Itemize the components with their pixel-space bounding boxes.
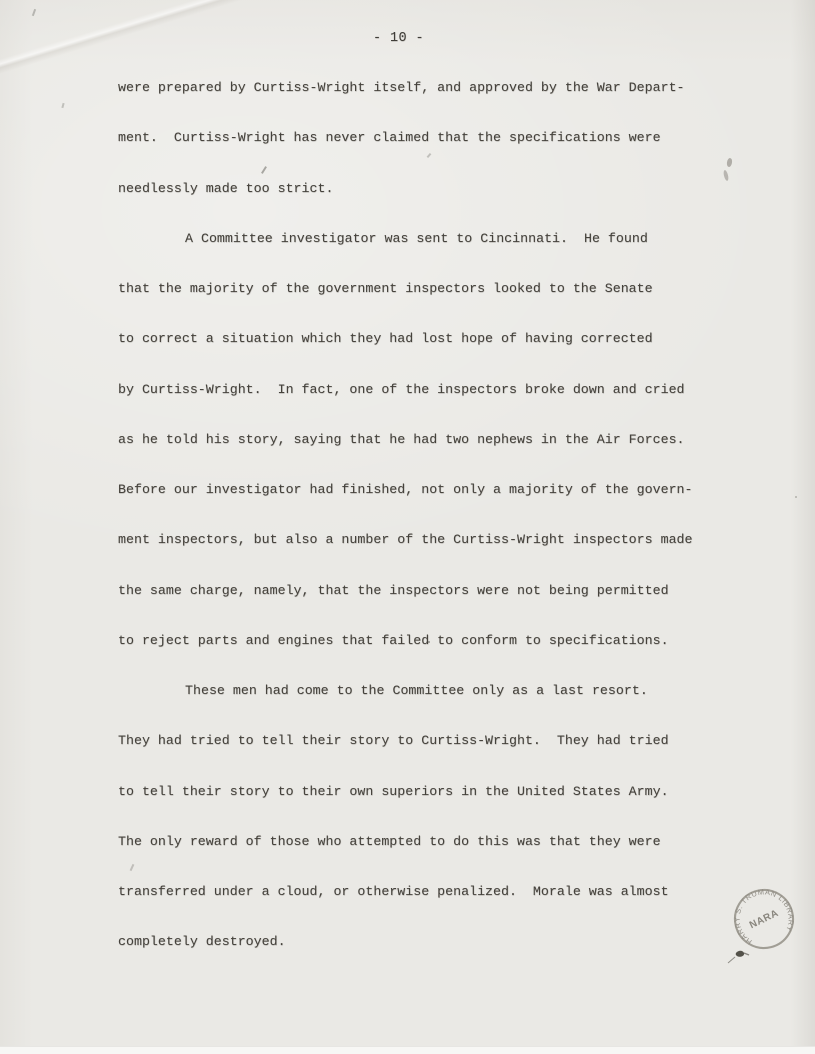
typed-line: ment inspectors, but also a number of th… — [118, 515, 693, 565]
typed-line: to correct a situation which they had lo… — [118, 314, 693, 364]
typed-line: the same charge, namely, that the inspec… — [118, 566, 693, 616]
typed-line: completely destroyed. — [118, 917, 693, 967]
paper-speck — [795, 496, 797, 498]
pen-mark — [726, 947, 754, 967]
ink-smudge — [726, 158, 732, 168]
typed-line: to reject parts and engines that failed … — [118, 616, 693, 666]
typed-line: These men had come to the Committee only… — [118, 666, 693, 716]
typed-lines: were prepared by Curtiss-Wright itself, … — [118, 63, 693, 968]
typed-line: The only reward of those who attempted t… — [118, 817, 693, 867]
page-number: - 10 - — [0, 31, 806, 46]
stamp-center-text: NARA — [748, 908, 781, 931]
typed-line: transferred under a cloud, or otherwise … — [118, 867, 693, 917]
document-page: - 10 - were prepared by Curtiss-Wright i… — [0, 0, 815, 1054]
typed-line: needlessly made too strict. — [118, 164, 693, 214]
typed-line: They had tried to tell their story to Cu… — [118, 716, 693, 766]
typed-line: were prepared by Curtiss-Wright itself, … — [118, 63, 693, 113]
ink-smudge — [723, 170, 730, 182]
typed-line: that the majority of the government insp… — [118, 264, 693, 314]
typed-line: Before our investigator had finished, no… — [118, 465, 693, 515]
typed-line: as he told his story, saying that he had… — [118, 415, 693, 465]
paper-speck — [61, 103, 64, 108]
typed-line: to tell their story to their own superio… — [118, 767, 693, 817]
typed-line: by Curtiss-Wright. In fact, one of the i… — [118, 365, 693, 415]
typed-line: ment. Curtiss-Wright has never claimed t… — [118, 113, 693, 163]
paper-speck — [32, 9, 36, 16]
typed-line: A Committee investigator was sent to Cin… — [118, 214, 693, 264]
scan-bottom-edge — [0, 1046, 815, 1054]
